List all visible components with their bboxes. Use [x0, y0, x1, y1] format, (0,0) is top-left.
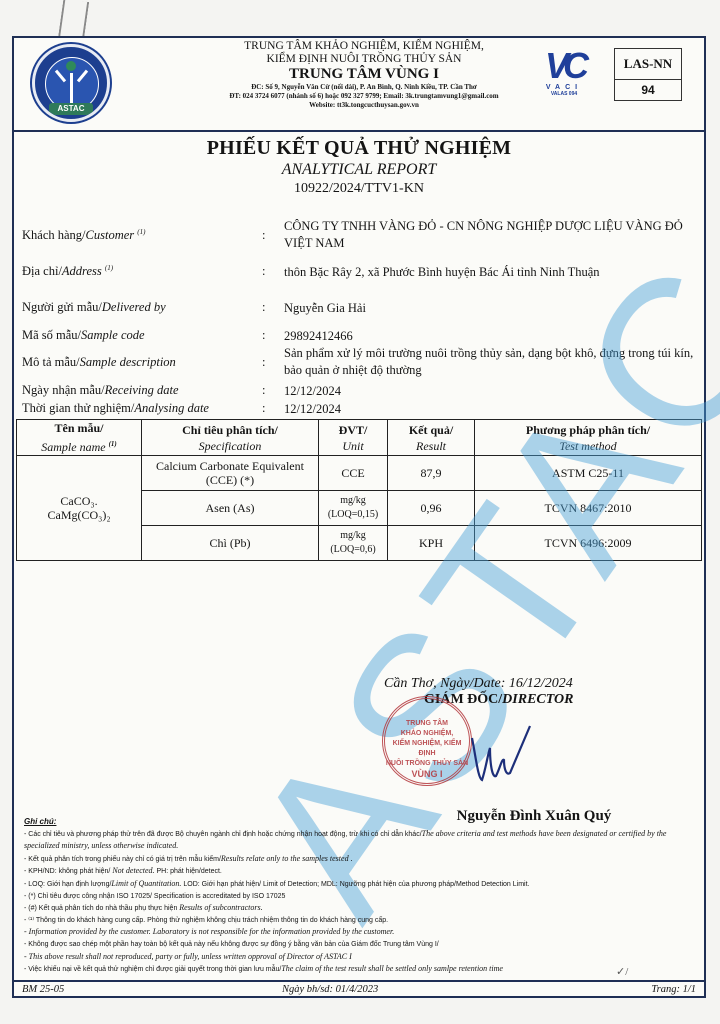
title-vi: PHIẾU KẾT QUẢ THỬ NGHIỆM — [14, 136, 704, 160]
note-item: - LOQ: Giới hạn định lượng/Limit of Quan… — [24, 878, 694, 891]
footer-divider — [14, 980, 704, 982]
org-line-2: KIỂM ĐỊNH NUÔI TRỒNG THỦY SẢN — [164, 53, 564, 66]
sample-name-cell: CaCO₃.CaMg(CO₃)₂ — [17, 456, 142, 561]
place-date: Cần Thơ, Ngày/Date: 16/12/2024 — [384, 676, 684, 692]
org-line-1: TRUNG TÂM KHẢO NGHIỆM, KIỂM NGHIỆM, — [164, 40, 564, 53]
sample-code-value: 29892412466 — [284, 328, 704, 345]
note-item: - (*) Chỉ tiêu được công nhận ISO 17025/… — [24, 891, 694, 903]
customer-value: CÔNG TY TNHH VÀNG ĐỎ - CN NÔNG NGHIỆP DƯ… — [284, 218, 704, 252]
form-code: BM 25-05 — [22, 984, 64, 995]
note-item: - Việc khiếu nại về kết quả thử nghiệm c… — [24, 963, 694, 976]
issue-date: Ngày bh/sd: 01/4/2023 — [282, 984, 378, 995]
address-value: thôn Bặc Rây 2, xã Phước Bình huyện Bác … — [284, 264, 704, 281]
analysing-date-value: 12/12/2024 — [284, 401, 704, 418]
report-number: 10922/2024/TTV1-KN — [14, 180, 704, 198]
astac-logo-icon: ASTAC — [32, 44, 110, 122]
report-header: ASTAC TRUNG TÂM KHẢO NGHIỆM, KIỂM NGHIỆM… — [14, 38, 704, 132]
org-address: ĐC: Số 9, Nguyễn Văn Cừ (nối dài), P. An… — [164, 83, 564, 92]
org-name: TRUNG TÂM VÙNG I — [164, 66, 564, 83]
note-item: - Information provided by the customer. … — [24, 926, 694, 939]
official-stamp-icon: TRUNG TÂM KHẢO NGHIỆM, KIỂM NGHIỆM, KIỂM… — [382, 696, 472, 786]
organization-block: TRUNG TÂM KHẢO NGHIỆM, KIỂM NGHIỆM, KIỂM… — [164, 40, 564, 110]
note-item: - Không được sao chép một phần hay toàn … — [24, 939, 694, 951]
director-title: GIÁM ĐỐC/DIRECTOR — [424, 692, 684, 708]
vaci-logo-icon: VC VACI VALAS 094 — [534, 48, 594, 97]
note-item: - KPH/ND: không phát hiện/ Not detected.… — [24, 865, 694, 878]
checkmark-icon: ✓/ — [616, 965, 628, 978]
note-item: - Kết quả phân tích trong phiếu này chỉ … — [24, 853, 694, 866]
sample-description-value: Sản phẩm xử lý môi trường nuôi trồng thủ… — [284, 345, 704, 379]
las-badge: LAS-NN 94 — [614, 48, 682, 101]
delivered-by-value: Nguyễn Gia Hải — [284, 300, 704, 317]
table-row: CaCO₃.CaMg(CO₃)₂ Calcium Carbonate Equiv… — [17, 456, 702, 491]
table-header-row: Tên mẫu/Sample name (1) Chỉ tiêu phân tí… — [17, 420, 702, 456]
note-item: - ⁽¹⁾ Thông tin do khách hàng cung cấp. … — [24, 915, 694, 927]
page-number: Trang: 1/1 — [651, 984, 696, 995]
notes-block: Ghi chú: - Các chỉ tiêu và phương pháp t… — [24, 816, 694, 976]
report-title: PHIẾU KẾT QUẢ THỬ NGHIỆM ANALYTICAL REPO… — [14, 136, 704, 198]
note-item: - Các chỉ tiêu và phương pháp thử trên đ… — [24, 828, 694, 853]
note-item: - This above result shall not reproduced… — [24, 951, 694, 964]
note-item: - (#) Kết quả phân tích do nhà thầu phụ … — [24, 902, 694, 915]
title-en: ANALYTICAL REPORT — [14, 160, 704, 180]
org-contact: ĐT: 024 3724 6077 (nhánh số 6) hoặc 092 … — [164, 92, 564, 101]
org-website: Website: tt3k.tongcucthuysan.gov.vn — [164, 101, 564, 110]
handwritten-signature-icon — [464, 718, 534, 788]
report-page: ASTAC TRUNG TÂM KHẢO NGHIỆM, KIỂM NGHIỆM… — [12, 36, 706, 998]
results-table: Tên mẫu/Sample name (1) Chỉ tiêu phân tí… — [16, 419, 702, 561]
report-footer: BM 25-05 Ngày bh/sd: 01/4/2023 Trang: 1/… — [22, 984, 696, 995]
receiving-date-value: 12/12/2024 — [284, 383, 704, 400]
